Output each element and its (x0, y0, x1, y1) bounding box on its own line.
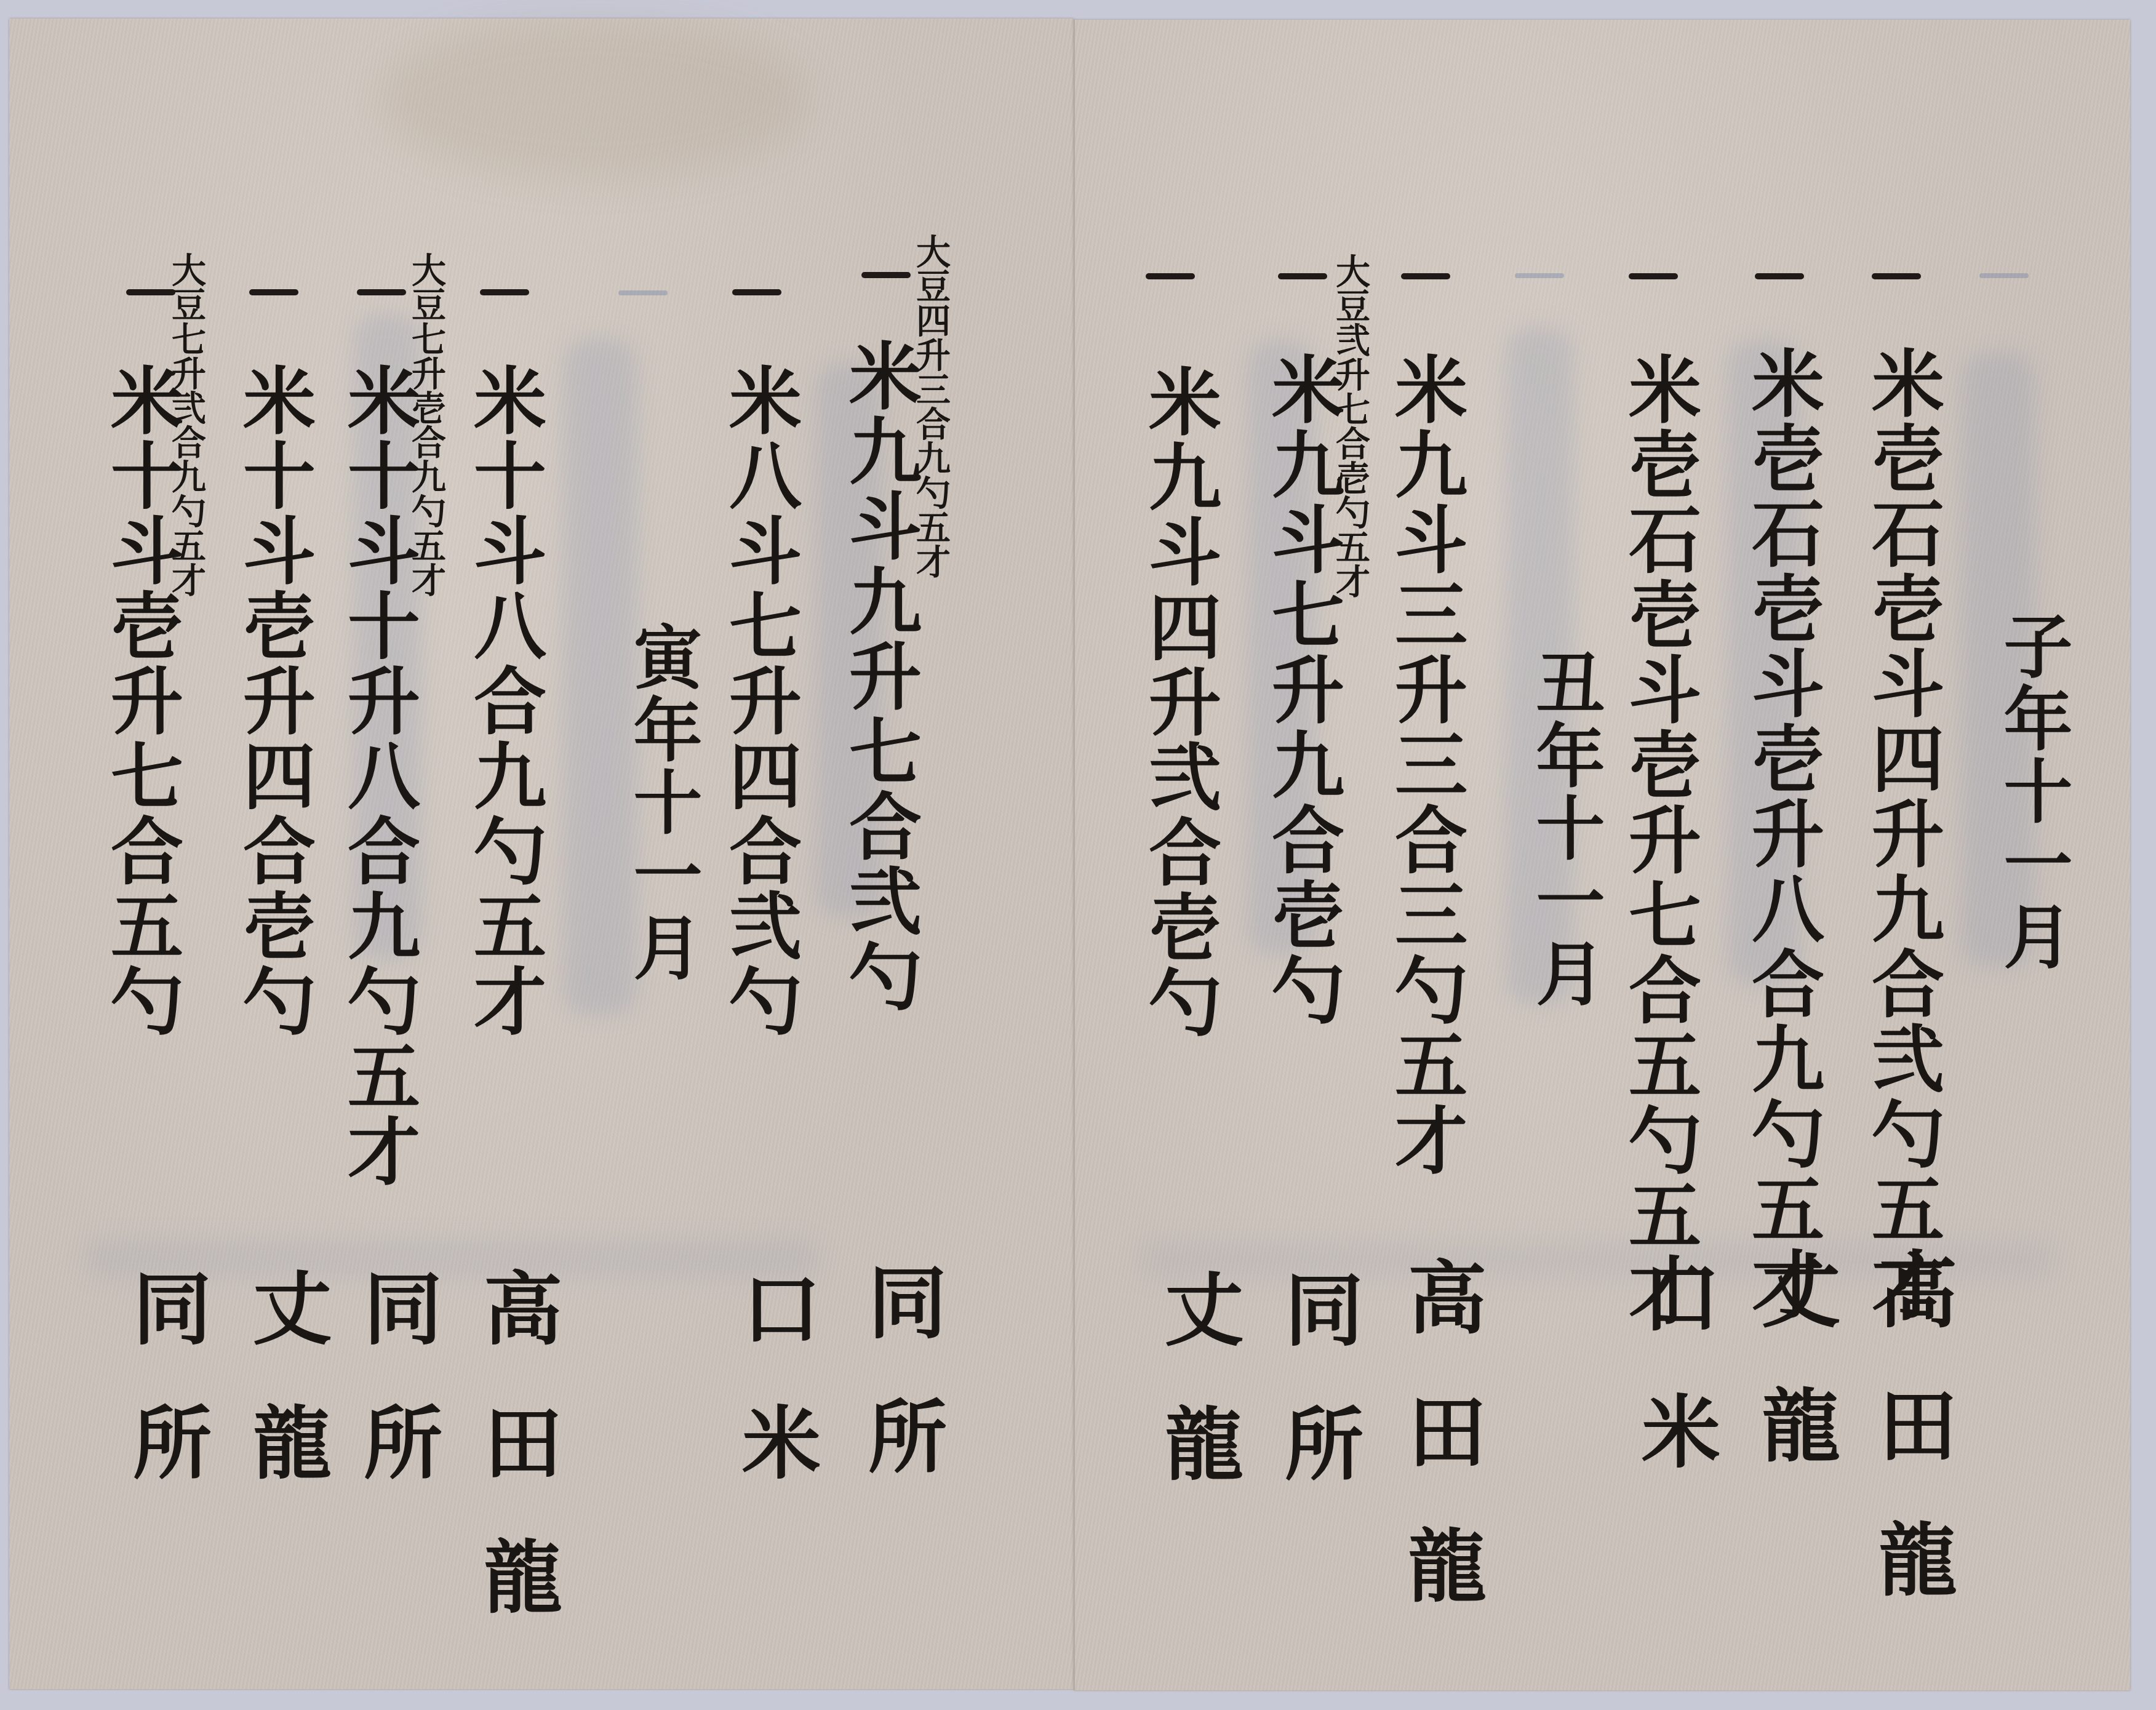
signature: 丈龍 (246, 1268, 325, 1536)
ledger-entry: 米九斗七升九合壱勺 (1266, 352, 1338, 1028)
item-mark (732, 289, 781, 295)
ledger-entry: 米八斗七升四合弐勺 (723, 363, 796, 1039)
item-mark (357, 289, 406, 295)
item-mark (1278, 273, 1327, 279)
signature: 同所 (126, 1268, 205, 1536)
signature: 高田龍 (1401, 1257, 1480, 1659)
signature: 口米 (1635, 1257, 1714, 1525)
item-mark (249, 289, 298, 295)
ledger-entry: 米壱石壱斗壱升七合五勺五才 (1623, 352, 1695, 1328)
ledger-entry: 米壱石壱斗四升九合弐勺五才 (1866, 346, 1938, 1322)
signature: 同所 (861, 1261, 940, 1530)
signature: 高田龍 (1872, 1250, 1950, 1653)
ghost-item-mark (1979, 273, 2029, 278)
paper-stain (378, 18, 809, 178)
item-mark (1146, 273, 1195, 279)
ledger-entry: 米壱石壱斗壱升八合九勺五才 (1746, 346, 1818, 1322)
entry-annotation: 大豆四升三合九勺五才 (914, 234, 948, 578)
entry-annotation: 大豆七升弐合九勺五才 (169, 252, 204, 597)
left-page: 米九斗九升七合弐勺 大豆四升三合九勺五才 同所 米八斗七升四合弐勺 口米 寅年十… (9, 18, 1074, 1689)
item-mark (861, 272, 911, 278)
signature: 口米 (735, 1268, 814, 1536)
date-heading: 子年十一月 (1998, 610, 2067, 973)
ledger-entry: 米九斗四升弐合壱勺 (1143, 364, 1215, 1040)
signature: 丈龍 (1158, 1269, 1237, 1537)
ghost-item-mark (618, 290, 668, 295)
date-heading: 丑年十一月 (1530, 647, 1599, 1010)
item-mark (1872, 273, 1921, 279)
signature: 同所 (357, 1268, 436, 1536)
ledger-entry: 米十斗壱升四合壱勺 (237, 363, 309, 1039)
item-mark (1755, 273, 1804, 279)
entry-annotation: 大豆七升壱合九勺五才 (409, 252, 444, 597)
ledger-entry: 米十斗八合九勺五才 (468, 363, 540, 1039)
signature: 丈龍 (1755, 1250, 1834, 1519)
signature: 同所 (1278, 1269, 1357, 1537)
item-mark (480, 289, 529, 295)
entry-annotation: 大豆弐升七合壱勺五才 (1333, 254, 1368, 598)
date-heading: 寅年十一月 (628, 621, 697, 985)
ledger-entry: 米九斗三升三合三勺五才 (1389, 352, 1461, 1178)
ledger-entry: 米十斗十升八合九勺五才 (341, 363, 414, 1189)
item-mark (1629, 273, 1678, 279)
right-page: 子年十一月 米壱石壱斗四升九合弐勺五才 高田龍 米壱石壱斗壱升八合九勺五才 丈龍… (1074, 20, 2130, 1690)
item-mark (1401, 273, 1450, 279)
signature: 高田龍 (477, 1268, 556, 1670)
ghost-item-mark (1515, 273, 1564, 278)
ledger-entry: 米九斗九升七合弐勺 (843, 338, 916, 1014)
